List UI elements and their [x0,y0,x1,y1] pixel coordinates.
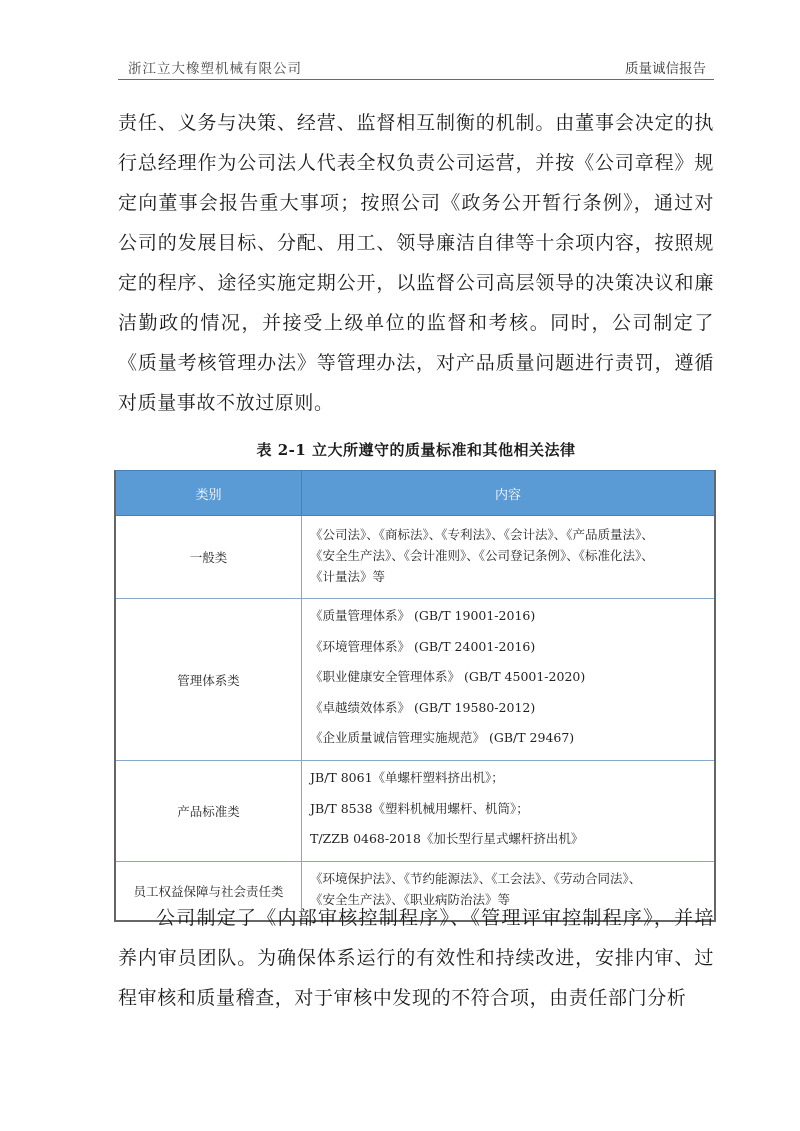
category-cell: 产品标准类 [115,761,302,862]
category-cell: 管理体系类 [115,599,302,761]
content-cell: 《公司法》、《商标法》、《专利法》、《会计法》、《产品质量法》、 《安全生产法》… [302,516,716,599]
table-caption: 表 2-1 立大所遵守的质量标准和其他相关法律 [118,439,714,460]
content-line: JB/T 8538《塑料机械用螺杆、机筒》； [310,794,706,825]
content-line: 《安全生产法》、《会计准则》、《公司登记条例》、《标准化法》、 [310,545,706,566]
table-row: 产品标准类 JB/T 8061《单螺杆塑料挤出机》； JB/T 8538《塑料机… [115,761,715,862]
body-paragraph-2: 公司制定了《内部审核控制程序》、《管理评审控制程序》，并培养内审员团队。为确保体… [118,898,714,1018]
content-cell: 《质量管理体系》 (GB/T 19001-2016) 《环境管理体系》 (GB/… [302,599,716,761]
content-line: 《卓越绩效体系》 (GB/T 19580-2012) [310,693,706,724]
company-name: 浙江立大橡塑机械有限公司 [128,57,302,77]
content-line: 《计量法》等 [310,566,706,587]
content-line: 《公司法》、《商标法》、《专利法》、《会计法》、《产品质量法》、 [310,524,706,545]
content-line: JB/T 8061《单螺杆塑料挤出机》； [310,763,706,794]
report-title: 质量诚信报告 [625,57,706,77]
content-line: 《企业质量诚信管理实施规范》 (GB/T 29467) [310,723,706,754]
column-header-category: 类别 [115,471,302,516]
content-line: 《环境保护法》、《节约能源法》、《工会法》、《劳动合同法》、 [310,868,706,889]
content-line: 《质量管理体系》 (GB/T 19001-2016) [310,601,706,632]
content-line: T/ZZB 0468-2018《加长型行星式螺杆挤出机》 [310,824,706,855]
category-cell: 一般类 [115,516,302,599]
page-header: 浙江立大橡塑机械有限公司 质量诚信报告 [118,55,714,80]
content-line: 《职业健康安全管理体系》 (GB/T 45001-2020) [310,662,706,693]
content-line: 《环境管理体系》 (GB/T 24001-2016) [310,632,706,663]
column-header-content: 内容 [302,471,716,516]
body-paragraph-1: 责任、义务与决策、经营、监督相互制衡的机制。由董事会决定的执行总经理作为公司法人… [118,103,714,423]
table-row: 管理体系类 《质量管理体系》 (GB/T 19001-2016) 《环境管理体系… [115,599,715,761]
table-row: 一般类 《公司法》、《商标法》、《专利法》、《会计法》、《产品质量法》、 《安全… [115,516,715,599]
content-cell: JB/T 8061《单螺杆塑料挤出机》； JB/T 8538《塑料机械用螺杆、机… [302,761,716,862]
table-header-row: 类别 内容 [115,471,715,516]
standards-table: 类别 内容 一般类 《公司法》、《商标法》、《专利法》、《会计法》、《产品质量法… [114,470,716,922]
